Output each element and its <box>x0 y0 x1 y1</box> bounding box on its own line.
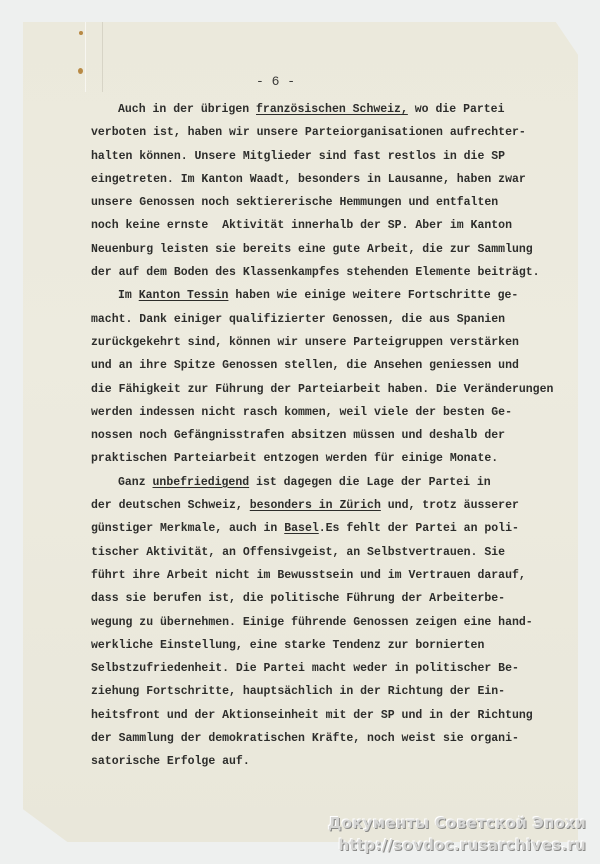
text-segment: Ganz <box>118 476 153 489</box>
text-line: die Fähigkeit zur Führung der Parteiarbe… <box>91 378 571 401</box>
text-line: der Sammlung der demokratischen Kräfte, … <box>91 727 571 750</box>
text-segment: günstiger Merkmale, auch in <box>91 522 284 535</box>
text-line: satorische Erfolge auf. <box>91 750 571 773</box>
text-segment: führt ihre Arbeit nicht im Bewusstsein u… <box>91 569 526 582</box>
paper-stain <box>79 31 83 35</box>
text-segment: dass sie berufen ist, die politische Füh… <box>91 592 505 605</box>
text-segment: der auf dem Boden des Klassenkampfes ste… <box>91 266 540 279</box>
text-line: zurückgekehrt sind, können wir unsere Pa… <box>91 331 571 354</box>
text-line: ziehung Fortschritte, hauptsächlich in d… <box>91 680 571 703</box>
text-line: halten können. Unsere Mitglieder sind fa… <box>91 145 571 168</box>
text-segment: macht. Dank einiger qualifizierter Genos… <box>91 313 505 326</box>
text-segment: praktischen Parteiarbeit entzogen werden… <box>91 452 498 465</box>
text-segment: .Es fehlt der Partei an poli- <box>319 522 519 535</box>
underlined-phrase: französischen Schweiz, <box>256 103 408 116</box>
underlined-phrase: Basel <box>284 522 319 535</box>
text-line: Auch in der übrigen französischen Schwei… <box>91 98 571 121</box>
page-number: - 6 - <box>0 74 553 89</box>
text-segment: eingetreten. Im Kanton Waadt, besonders … <box>91 173 526 186</box>
text-segment: ist dagegen die Lage der Partei in <box>249 476 491 489</box>
text-segment: haben wie einige weitere Fortschritte ge… <box>228 289 518 302</box>
text-line: praktischen Parteiarbeit entzogen werden… <box>91 447 571 470</box>
text-segment: die Fähigkeit zur Führung der Parteiarbe… <box>91 383 553 396</box>
text-line: führt ihre Arbeit nicht im Bewusstsein u… <box>91 564 571 587</box>
text-line: tischer Aktivität, an Offensivgeist, an … <box>91 541 571 564</box>
text-segment: Auch in der übrigen <box>118 103 256 116</box>
text-segment: verboten ist, haben wir unsere Parteiorg… <box>91 126 526 139</box>
text-segment: ziehung Fortschritte, hauptsächlich in d… <box>91 685 505 698</box>
underlined-phrase: besonders in Zürich <box>250 499 381 512</box>
text-segment: Selbstzufriedenheit. Die Partei macht we… <box>91 662 519 675</box>
text-line: noch keine ernste Aktivität innerhalb de… <box>91 214 571 237</box>
text-segment: und, trotz äusserer <box>381 499 519 512</box>
watermark-title: Документы Советской Эпохи <box>328 812 586 834</box>
text-segment: unsere Genossen noch sektiererische Hemm… <box>91 196 498 209</box>
text-segment: werkliche Einstellung, eine starke Tende… <box>91 639 484 652</box>
text-line: werkliche Einstellung, eine starke Tende… <box>91 634 571 657</box>
document-page: - 6 - Auch in der übrigen französischen … <box>23 22 578 842</box>
text-line: und an ihre Spitze Genossen stellen, die… <box>91 354 571 377</box>
text-segment: der deutschen Schweiz, <box>91 499 250 512</box>
text-line: Im Kanton Tessin haben wie einige weiter… <box>91 284 571 307</box>
text-segment: nossen noch Gefängnisstrafen absitzen mü… <box>91 429 505 442</box>
text-segment: wegung zu übernehmen. Einige führende Ge… <box>91 616 533 629</box>
text-line: Selbstzufriedenheit. Die Partei macht we… <box>91 657 571 680</box>
text-segment: der Sammlung der demokratischen Kräfte, … <box>91 732 519 745</box>
text-segment: tischer Aktivität, an Offensivgeist, an … <box>91 546 505 559</box>
text-segment: heitsfront und der Aktionseinheit mit de… <box>91 709 533 722</box>
text-segment: noch keine ernste Aktivität innerhalb de… <box>91 219 512 232</box>
text-line: werden indessen nicht rasch kommen, weil… <box>91 401 571 424</box>
archive-watermark: Документы Советской Эпохи http://sovdoc.… <box>328 812 586 856</box>
text-line: macht. Dank einiger qualifizierter Genos… <box>91 308 571 331</box>
text-line: verboten ist, haben wir unsere Parteiorg… <box>91 121 571 144</box>
text-segment: wo die Partei <box>408 103 505 116</box>
underlined-phrase: unbefriedigend <box>153 476 250 489</box>
text-segment: Im <box>118 289 139 302</box>
text-line: wegung zu übernehmen. Einige führende Ge… <box>91 611 571 634</box>
text-line: dass sie berufen ist, die politische Füh… <box>91 587 571 610</box>
typewritten-body: Auch in der übrigen französischen Schwei… <box>91 98 571 774</box>
text-line: Neuenburg leisten sie bereits eine gute … <box>91 238 571 261</box>
text-segment: werden indessen nicht rasch kommen, weil… <box>91 406 512 419</box>
text-line: der auf dem Boden des Klassenkampfes ste… <box>91 261 571 284</box>
text-segment: satorische Erfolge auf. <box>91 755 250 768</box>
text-line: günstiger Merkmale, auch in Basel.Es feh… <box>91 517 571 540</box>
text-segment: Neuenburg leisten sie bereits eine gute … <box>91 243 533 256</box>
underlined-phrase: Kanton Tessin <box>139 289 229 302</box>
text-segment: zurückgekehrt sind, können wir unsere Pa… <box>91 336 519 349</box>
text-segment: halten können. Unsere Mitglieder sind fa… <box>91 150 505 163</box>
text-line: Ganz unbefriedigend ist dagegen die Lage… <box>91 471 571 494</box>
watermark-url: http://sovdoc.rusarchives.ru <box>328 834 586 856</box>
text-line: der deutschen Schweiz, besonders in Züri… <box>91 494 571 517</box>
text-line: eingetreten. Im Kanton Waadt, besonders … <box>91 168 571 191</box>
text-line: heitsfront und der Aktionseinheit mit de… <box>91 704 571 727</box>
text-line: unsere Genossen noch sektiererische Hemm… <box>91 191 571 214</box>
text-segment: und an ihre Spitze Genossen stellen, die… <box>91 359 519 372</box>
text-line: nossen noch Gefängnisstrafen absitzen mü… <box>91 424 571 447</box>
